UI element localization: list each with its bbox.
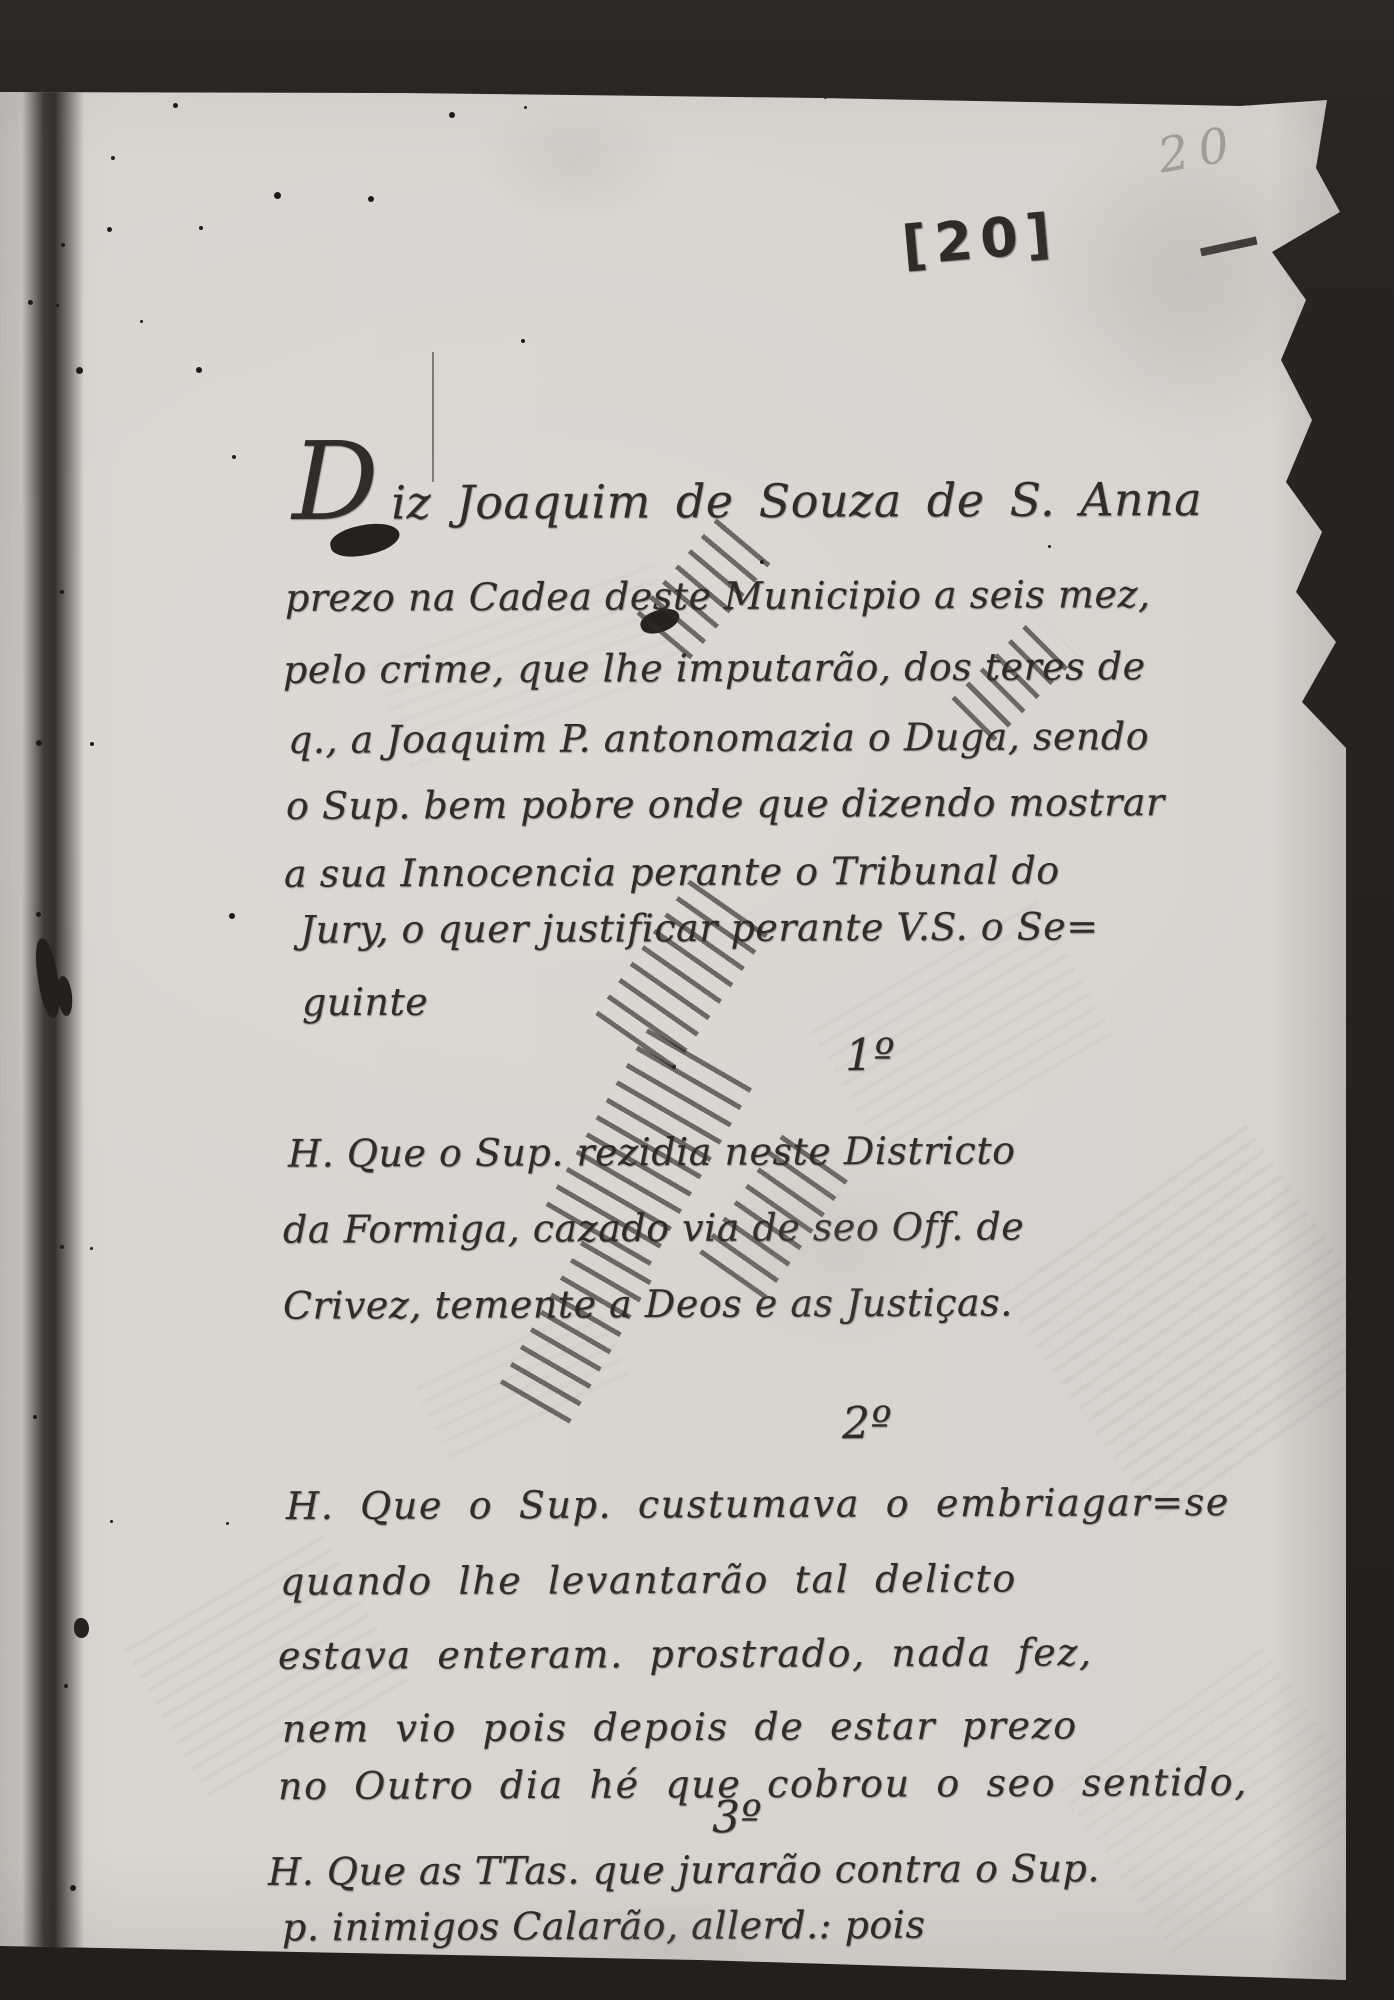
ghost-smudge [1052,1637,1377,1952]
paper-stain [470,95,680,225]
ink-speck [64,1684,68,1688]
manuscript-line: nem vio pois depois de estar prezo [282,1703,1078,1750]
ink-speck [1048,545,1051,548]
ink-speck [1345,462,1350,467]
ink-speck [232,455,236,459]
manuscript-line: o Sup. bem pobre onde que dizendo mostra… [286,780,1165,828]
ink-speck [36,912,41,917]
ink-speck [70,1885,76,1891]
ink-speck [36,740,42,746]
ink-speck [76,367,83,374]
ink-speck [173,103,178,108]
section-heading: 3º [712,1792,763,1843]
ink-speck [90,1247,93,1250]
ink-speck [196,367,202,373]
ink-speck [226,1522,229,1525]
ink-speck [140,320,143,323]
ink-speck [56,304,59,307]
paper-stain [540,1900,800,1990]
ink-speck [111,156,115,160]
paper-stain [1020,105,1360,445]
manuscript-line: guinte [302,980,428,1025]
manuscript-line: Diz Joaquim de Souza de S. Anna [292,416,1203,545]
ink-speck [28,300,33,305]
manuscript-line: H. Que o Sup. custumava o embriagar=se [286,1480,1230,1528]
paper-stain [700,1140,980,1360]
ghost-smudge [997,1119,1394,1520]
ink-speck [199,226,203,230]
ink-speck [110,1520,113,1523]
ink-speck [368,196,374,202]
ink-speck [521,339,525,343]
ink-speck [229,913,235,919]
manuscript-line: a sua Innocencia perante o Tribunal do [284,848,1060,895]
manuscript-line: quando lhe levantarão tal delicto [280,1556,1017,1603]
manuscript-page: 20 [20] — Diz Joaquim de Souza de S. Ann… [0,0,1352,2000]
binding-shadow [22,88,84,1958]
scan-background: 20 [20] — Diz Joaquim de Souza de S. Ann… [0,0,1394,2000]
ink-blot [74,1618,89,1638]
ink-speck [60,590,64,594]
section-heading: 2º [842,1398,893,1449]
ink-speck [449,112,455,118]
ink-speck [274,192,281,199]
ink-speck [1124,94,1128,98]
ink-speck [61,243,65,247]
manuscript-line: H. Que as TTas. que jurarão contra o Sup… [268,1846,1100,1894]
ink-speck [60,1245,64,1249]
ink-speck [107,227,112,232]
pen-hatch [595,876,770,1070]
ink-speck [33,1415,37,1419]
ink-speck [824,96,827,99]
ink-speck [90,742,94,746]
